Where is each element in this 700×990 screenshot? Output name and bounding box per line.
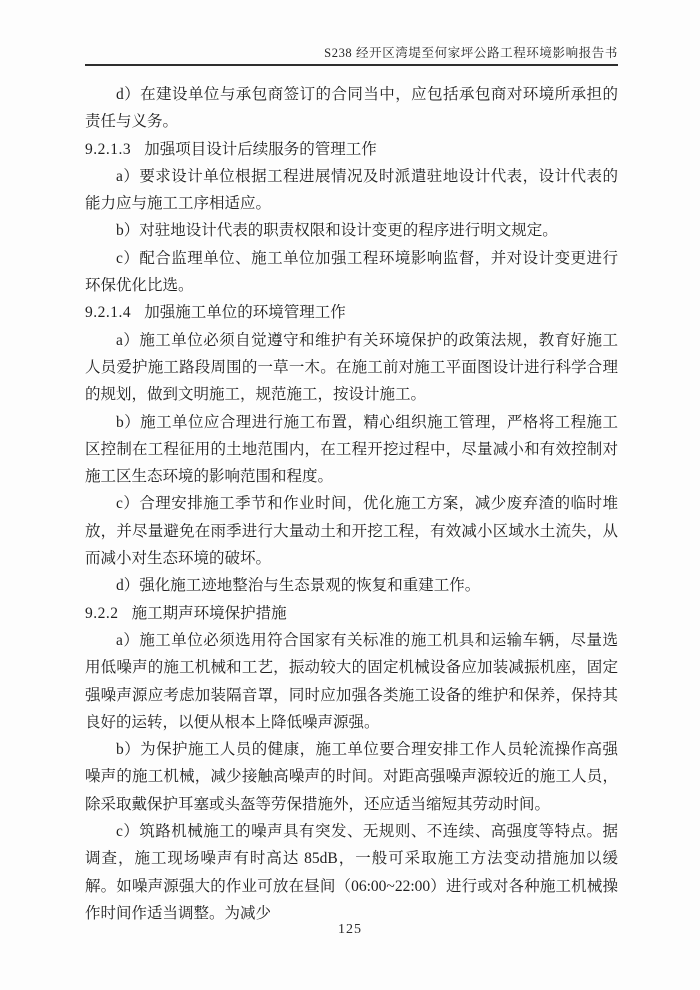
- paragraph-b-construction-layout: b）施工单位应合理进行施工布置，精心组织施工管理，严格将工程施工区控制在工程征用…: [85, 409, 618, 491]
- paragraph-c-season-schedule: c）合理安排施工季节和作业时间，优化施工方案，减少废弃渣的临时堆放，并尽量避免在…: [85, 490, 618, 572]
- document-page: S238 经开区湾堤至何家坪公路工程环境影响报告书 d）在建设单位与承包商签订的…: [0, 0, 700, 990]
- section-heading-9-2-2: 9.2.2施工期声环境保护措施: [85, 600, 618, 627]
- paragraph-a-env-policy: a）施工单位必须自觉遵守和维护有关环境保护的政策法规，教育好施工人员爱护施工路段…: [85, 327, 618, 409]
- paragraph-d-contract: d）在建设单位与承包商签订的合同当中，应包括承包商对环境所承担的责任与义务。: [85, 81, 618, 136]
- paragraph-a-low-noise-equipment: a）施工单位必须选用符合国家有关标准的施工机具和运输车辆，尽量选用低噪声的施工机…: [85, 627, 618, 736]
- page-number: 125: [338, 922, 362, 937]
- paragraph-d-restoration: d）强化施工迹地整治与生态景观的恢复和重建工作。: [85, 572, 618, 599]
- section-title: 施工期声环境保护措施: [132, 605, 287, 622]
- section-title: 加强项目设计后续服务的管理工作: [144, 141, 377, 158]
- section-number: 9.2.2: [85, 605, 119, 622]
- section-heading-9-2-1-3: 9.2.1.3加强项目设计后续服务的管理工作: [85, 136, 618, 163]
- page-footer: 125: [0, 920, 700, 938]
- section-title: 加强施工单位的环境管理工作: [144, 304, 346, 321]
- paragraph-c-supervision: c）配合监理单位、施工单位加强工程环境影响监督，并对设计变更进行环保优化比选。: [85, 245, 618, 300]
- document-body: d）在建设单位与承包商签订的合同当中，应包括承包商对环境所承担的责任与义务。 9…: [85, 66, 618, 927]
- section-number: 9.2.1.3: [85, 141, 131, 158]
- section-heading-9-2-1-4: 9.2.1.4加强施工单位的环境管理工作: [85, 299, 618, 326]
- paragraph-b-design-duties: b）对驻地设计代表的职责权限和设计变更的程序进行明文规定。: [85, 217, 618, 244]
- paragraph-c-machinery-noise: c）筑路机械施工的噪声具有突发、无规则、不连续、高强度等特点。据调查，施工现场噪…: [85, 818, 618, 927]
- paragraph-b-worker-health: b）为保护施工人员的健康，施工单位要合理安排工作人员轮流操作高强噪声的施工机械，…: [85, 736, 618, 818]
- paragraph-a-design-rep: a）要求设计单位根据工程进展情况及时派遣驻地设计代表，设计代表的能力应与施工工序…: [85, 163, 618, 218]
- running-header: S238 经开区湾堤至何家坪公路工程环境影响报告书: [85, 0, 618, 66]
- section-number: 9.2.1.4: [85, 304, 131, 321]
- running-header-title: S238 经开区湾堤至何家坪公路工程环境影响报告书: [85, 46, 618, 64]
